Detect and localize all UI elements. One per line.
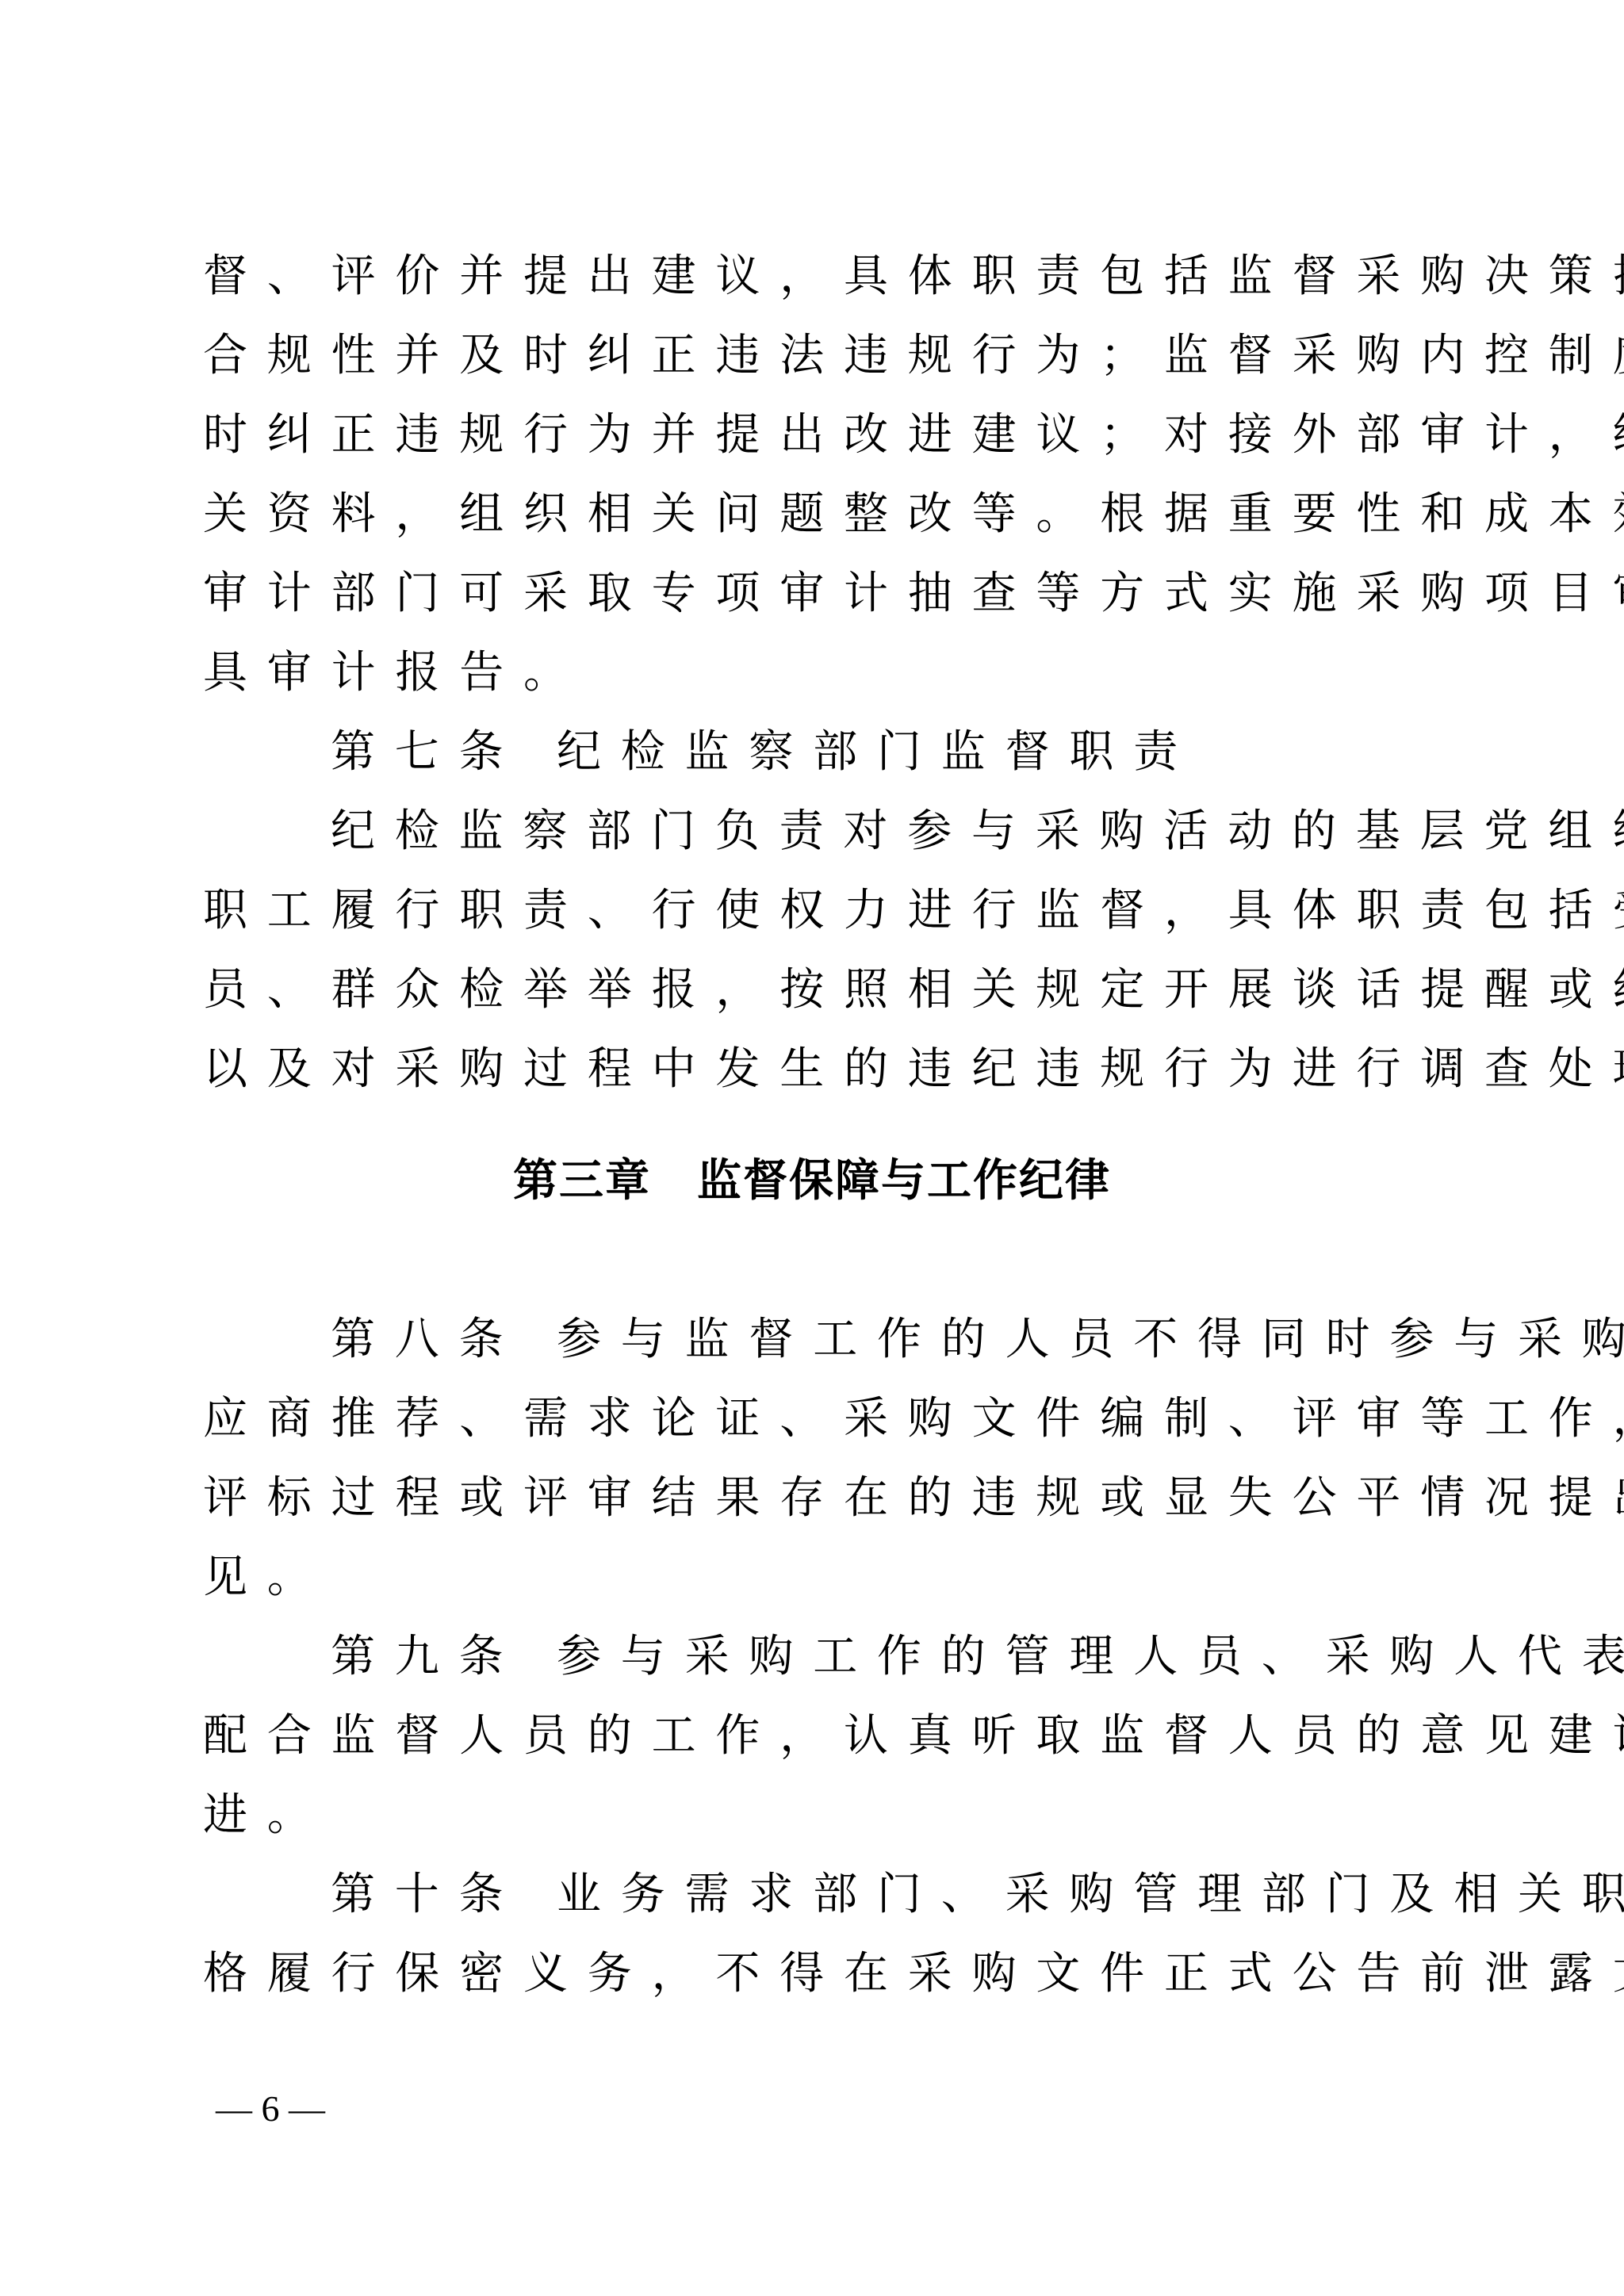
text-line: 第八条 参与监督工作的人员不得同时参与采购项目的供 — [203, 1300, 1424, 1380]
article-8: 第八条 参与监督工作的人员不得同时参与采购项目的供 应商推荐、需求论证、采购文件… — [203, 1300, 1424, 1617]
text-line: 合规性并及时纠正违法违规行为；监督采购内控制度执行，及 — [203, 316, 1424, 396]
text-line: 评标过程或评审结果存在的违规或显失公平情况提出反对意 — [203, 1459, 1424, 1538]
article-10: 第十条 业务需求部门、采购管理部门及相关职能部门应严 格履行保密义务，不得在采购… — [203, 1855, 1424, 2014]
text-line: 员、群众检举举报，按照相关规定开展谈话提醒或约谈函询， — [203, 951, 1424, 1030]
text-line: 时纠正违规行为并提出改进建议；对接外部审计，组织报送相 — [203, 396, 1424, 475]
text-line: 职工履行职责、行使权力进行监督，具体职责包括受理处置党 — [203, 871, 1424, 951]
page-number: — 6 — — [216, 2085, 325, 2133]
article-9: 第九条 参与采购工作的管理人员、采购人代表等应积极 配合监督人员的工作，认真听取… — [203, 1617, 1424, 1855]
text-line: 关资料，组织相关问题整改等。根据重要性和成本效益原则， — [203, 475, 1424, 554]
text-line: 第九条 参与采购工作的管理人员、采购人代表等应积极 — [203, 1617, 1424, 1697]
article-7-title: 第七条 纪检监察部门监督职责 — [203, 713, 1424, 792]
text-line: 以及对采购过程中发生的违纪违规行为进行调查处理等。 — [203, 1030, 1424, 1109]
body-text-top: 督、评价并提出建议，具体职责包括监督采购决策执行的合法 合规性并及时纠正违法违规… — [203, 237, 1424, 1109]
text-line: 纪检监察部门负责对参与采购活动的基层党组织和干部、 — [203, 792, 1424, 871]
chapter-heading: 第三章 监督保障与工作纪律 — [0, 1142, 1624, 1221]
text-line: 第十条 业务需求部门、采购管理部门及相关职能部门应严 — [203, 1855, 1424, 1934]
text-line: 具审计报告。 — [203, 633, 1424, 713]
article-heading: 第七条 纪检监察部门监督职责 — [203, 713, 1424, 792]
document-page: 督、评价并提出建议，具体职责包括监督采购决策执行的合法 合规性并及时纠正违法违规… — [0, 0, 1624, 2296]
text-line: 配合监督人员的工作，认真听取监督人员的意见建议并及时改 — [203, 1697, 1424, 1776]
paragraph-audit-duties: 督、评价并提出建议，具体职责包括监督采购决策执行的合法 合规性并及时纠正违法违规… — [203, 237, 1424, 713]
body-text-bottom: 第八条 参与监督工作的人员不得同时参与采购项目的供 应商推荐、需求论证、采购文件… — [203, 1300, 1424, 2014]
text-line: 见。 — [203, 1538, 1424, 1617]
text-line: 格履行保密义务，不得在采购文件正式公告前泄露文件内容，或 — [203, 1934, 1424, 2014]
text-line: 进。 — [203, 1776, 1424, 1855]
text-line: 审计部门可采取专项审计抽查等方式实施采购项目审计并出 — [203, 554, 1424, 633]
paragraph-discipline-inspection: 纪检监察部门负责对参与采购活动的基层党组织和干部、 职工履行职责、行使权力进行监… — [203, 792, 1424, 1109]
text-line: 督、评价并提出建议，具体职责包括监督采购决策执行的合法 — [203, 237, 1424, 316]
text-line: 应商推荐、需求论证、采购文件编制、评审等工作，可据实对 — [203, 1380, 1424, 1459]
